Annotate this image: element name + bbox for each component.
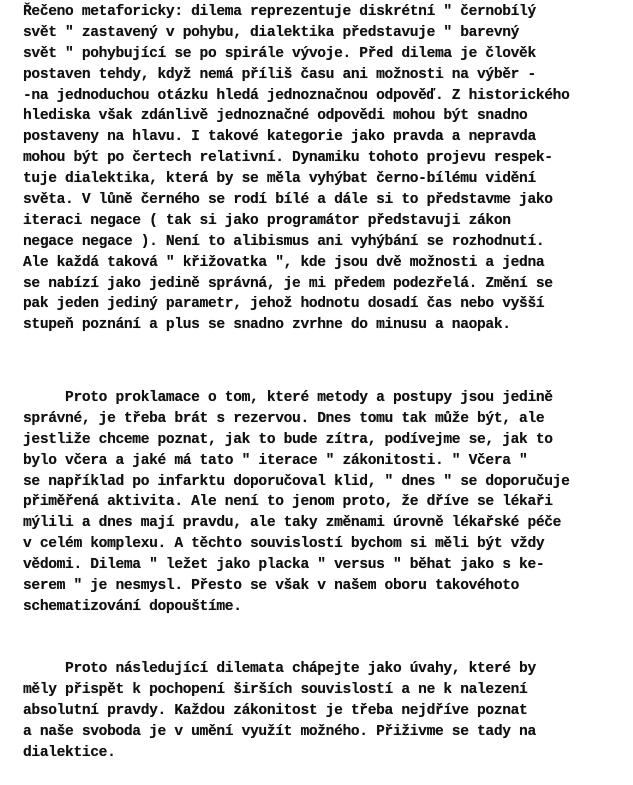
- text-line: měly přispět k pochopení širších souvisl…: [23, 680, 628, 701]
- text-line: stupeň poznání a plus se snadno zvrhne d…: [23, 315, 628, 336]
- text-line: přiměřená aktivita. Ale není to jenom pr…: [23, 492, 628, 513]
- text-line: svět " pohybující se po spirále vývoje. …: [23, 44, 628, 65]
- text-line: dialektice.: [23, 743, 628, 764]
- text-line: -na jednoduchou otázku hledá jednoznačno…: [23, 86, 628, 107]
- text-line: svět " zastavený v pohybu, dialektika př…: [23, 23, 628, 44]
- text-line: iteraci negace ( tak si jako programátor…: [23, 211, 628, 232]
- text-line: postaven tehdy, když nemá příliš času an…: [23, 65, 628, 86]
- text-line: serem " je nesmysl. Přesto se však v naš…: [23, 576, 628, 597]
- text-line: jestliže chceme poznat, jak to bude zítr…: [23, 430, 628, 451]
- text-line: v celém komplexu. A těchto souvislostí b…: [23, 534, 628, 555]
- text-line: Řečeno metaforicky: dilema reprezentuje …: [23, 2, 628, 23]
- text-line: postaveny na hlavu. I takové kategorie j…: [23, 127, 628, 148]
- text-line: absolutní pravdy. Každou zákonitost je t…: [23, 701, 628, 722]
- text-line: tuje dialektika, která by se měla vyhýba…: [23, 169, 628, 190]
- text-line: negace negace ). Není to alibismus ani v…: [23, 232, 628, 253]
- text-line: hlediska však zdánlivě jednoznačné odpov…: [23, 106, 628, 127]
- text-line: správné, je třeba brát s rezervou. Dnes …: [23, 409, 628, 430]
- text-line: vědomi. Dilema " ležet jako placka " ver…: [23, 555, 628, 576]
- text-line: bylo včera a jaké má tato " iterace " zá…: [23, 451, 628, 472]
- text-line: se nabízí jako jedině správná, je mi pře…: [23, 274, 628, 295]
- text-line: Proto následující dilemata chápejte jako…: [23, 659, 628, 680]
- text-line: Proto proklamace o tom, které metody a p…: [23, 388, 628, 409]
- text-line: mohou být po čertech relativní. Dynamiku…: [23, 148, 628, 169]
- text-line: Ale každá taková " křižovatka ", kde jso…: [23, 253, 628, 274]
- paragraph-following-dilemmas: Proto následující dilemata chápejte jako…: [23, 659, 628, 763]
- paragraph-dilemma-metaphor: Řečeno metaforicky: dilema reprezentuje …: [23, 2, 628, 336]
- text-line: světa. V lůně černého se rodí bílé a dál…: [23, 190, 628, 211]
- text-line: pak jeden jediný parametr, jehož hodnotu…: [23, 294, 628, 315]
- paragraph-proclamations: Proto proklamace o tom, které metody a p…: [23, 388, 628, 618]
- typewritten-page: Řečeno metaforicky: dilema reprezentuje …: [0, 0, 633, 785]
- text-line: schematizování dopouštíme.: [23, 597, 628, 618]
- text-line: mýlili a dnes mají pravdu, ale taky změn…: [23, 513, 628, 534]
- text-line: se například po infarktu doporučoval kli…: [23, 472, 628, 493]
- text-line: a naše svoboda je v umění využít možného…: [23, 722, 628, 743]
